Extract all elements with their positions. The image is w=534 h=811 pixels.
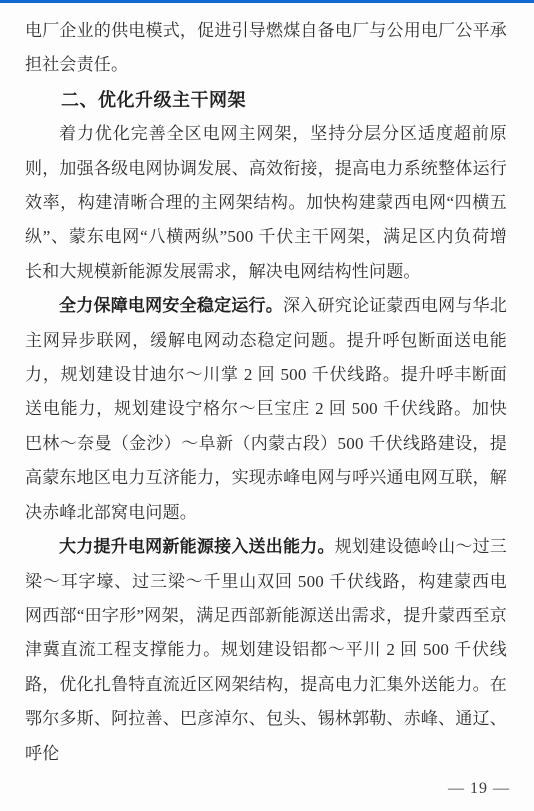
paragraph: 着力优化完善全区电网主网架，坚持分层分区适度超前原则，加强各级电网协调发展、高效… — [25, 117, 507, 289]
page-number: — 19 — — [448, 780, 510, 798]
paragraph-lead: 大力提升电网新能源接入送出能力。 — [59, 537, 335, 556]
document-page: 电厂企业的供电模式，促进引导燃煤自备电厂与公用电厂公平承担社会责任。 二、优化升… — [25, 14, 507, 771]
section-heading: 二、优化升级主干网架 — [25, 83, 507, 117]
paragraph: 大力提升电网新能源接入送出能力。规划建设德岭山～过三梁～耳字壕、过三梁～千里山双… — [25, 530, 507, 771]
paragraph-lead: 全力保障电网安全稳定运行。 — [59, 296, 283, 315]
paragraph: 全力保障电网安全稳定运行。深入研究论证蒙西电网与华北主网异步联网，缓解电网动态稳… — [25, 289, 507, 530]
top-accent-bar — [0, 0, 534, 3]
paragraph-text: 着力优化完善全区电网主网架，坚持分层分区适度超前原则，加强各级电网协调发展、高效… — [25, 124, 507, 281]
paragraph-text: 深入研究论证蒙西电网与华北主网异步联网，缓解电网动态稳定问题。提升呼包断面送电能… — [25, 296, 507, 521]
paragraph-text: 规划建设德岭山～过三梁～耳字壕、过三梁～千里山双回 500 千伏线路，构建蒙西电… — [25, 537, 507, 762]
paragraph-continuation: 电厂企业的供电模式，促进引导燃煤自备电厂与公用电厂公平承担社会责任。 — [25, 14, 507, 83]
